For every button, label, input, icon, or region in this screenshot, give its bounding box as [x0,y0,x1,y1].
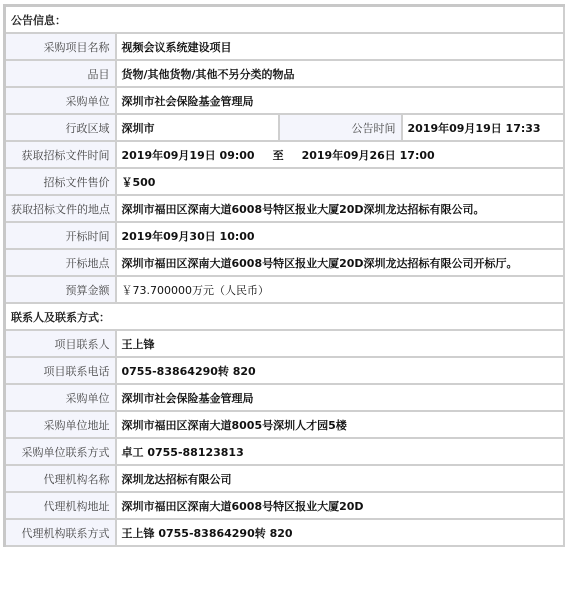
table-row: 代理机构地址 深圳市福田区深南大道6008号特区报业大厦20D [5,492,564,519]
label-doc-obtain-time: 获取招标文件时间 [5,141,116,168]
label-purchaser: 采购单位 [5,87,116,114]
table-row: 开标地点 深圳市福田区深南大道6008号特区报业大厦20D深圳龙达招标有限公司开… [5,249,564,276]
value-purchaser-address: 深圳市福田区深南大道8005号深圳人才园5楼 [116,411,564,438]
table-row: 采购项目名称 视频会议系统建设项目 [5,33,564,60]
section-row-contact: 联系人及联系方式： [5,303,564,330]
label-region: 行政区域 [5,114,116,141]
label-bid-open-time: 开标时间 [5,222,116,249]
table-row: 采购单位联系方式 卓工 0755-88123813 [5,438,564,465]
section-row-announcement: 公告信息： [5,6,564,34]
label-purchaser-contact: 采购单位联系方式 [5,438,116,465]
doc-obtain-start: 2019年09月19日 09:00 [122,149,255,162]
label-agency-name: 代理机构名称 [5,465,116,492]
label-project-name: 采购项目名称 [5,33,116,60]
table-row: 项目联系人 王上锋 [5,330,564,357]
value-region: 深圳市 [116,114,279,141]
doc-obtain-end: 2019年09月26日 17:00 [302,149,435,162]
label-bid-open-place: 开标地点 [5,249,116,276]
value-doc-price: ￥500 [116,168,564,195]
value-bid-open-place: 深圳市福田区深南大道6008号特区报业大厦20D深圳龙达招标有限公司开标厅。 [116,249,564,276]
table-row: 行政区域 深圳市 公告时间 2019年09月19日 17:33 [5,114,564,141]
label-agency-contact: 代理机构联系方式 [5,519,116,546]
label-purchaser-address: 采购单位地址 [5,411,116,438]
label-agency-address: 代理机构地址 [5,492,116,519]
label-budget: 预算金额 [5,276,116,303]
value-contact-purchaser: 深圳市社会保险基金管理局 [116,384,564,411]
table-row: 采购单位地址 深圳市福田区深南大道8005号深圳人才园5楼 [5,411,564,438]
table-row: 采购单位 深圳市社会保险基金管理局 [5,87,564,114]
table-row: 获取招标文件时间 2019年09月19日 09:00至2019年09月26日 1… [5,141,564,168]
label-doc-price: 招标文件售价 [5,168,116,195]
label-contact-purchaser: 采购单位 [5,384,116,411]
table-row: 品目 货物/其他货物/其他不另分类的物品 [5,60,564,87]
table-row: 预算金额 ￥73.700000万元（人民币） [5,276,564,303]
table-row: 采购单位 深圳市社会保险基金管理局 [5,384,564,411]
table-row: 代理机构名称 深圳龙达招标有限公司 [5,465,564,492]
section-title-announcement: 公告信息： [5,6,564,34]
value-doc-obtain-place: 深圳市福田区深南大道6008号特区报业大厦20D深圳龙达招标有限公司。 [116,195,564,222]
value-bid-open-time: 2019年09月30日 10:00 [116,222,564,249]
table-row: 项目联系电话 0755-83864290转 820 [5,357,564,384]
value-category: 货物/其他货物/其他不另分类的物品 [116,60,564,87]
table-row: 代理机构联系方式 王上锋 0755-83864290转 820 [5,519,564,546]
value-agency-contact: 王上锋 0755-83864290转 820 [116,519,564,546]
announcement-table: 公告信息： 采购项目名称 视频会议系统建设项目 品目 货物/其他货物/其他不另分… [3,4,565,547]
label-doc-obtain-place: 获取招标文件的地点 [5,195,116,222]
value-agency-address: 深圳市福田区深南大道6008号特区报业大厦20D [116,492,564,519]
announcement-container: 公告信息： 采购项目名称 视频会议系统建设项目 品目 货物/其他货物/其他不另分… [3,4,562,547]
doc-obtain-to: 至 [273,149,284,162]
value-doc-obtain-time: 2019年09月19日 09:00至2019年09月26日 17:00 [116,141,564,168]
value-purchaser-contact: 卓工 0755-88123813 [116,438,564,465]
value-purchaser: 深圳市社会保险基金管理局 [116,87,564,114]
table-row: 开标时间 2019年09月30日 10:00 [5,222,564,249]
table-row: 招标文件售价 ￥500 [5,168,564,195]
value-project-phone: 0755-83864290转 820 [116,357,564,384]
value-agency-name: 深圳龙达招标有限公司 [116,465,564,492]
label-project-phone: 项目联系电话 [5,357,116,384]
label-category: 品目 [5,60,116,87]
section-title-contact: 联系人及联系方式： [5,303,564,330]
value-project-name: 视频会议系统建设项目 [116,33,564,60]
label-publish-time: 公告时间 [279,114,402,141]
value-budget: ￥73.700000万元（人民币） [116,276,564,303]
value-project-contact: 王上锋 [116,330,564,357]
value-publish-time: 2019年09月19日 17:33 [402,114,564,141]
label-project-contact: 项目联系人 [5,330,116,357]
table-row: 获取招标文件的地点 深圳市福田区深南大道6008号特区报业大厦20D深圳龙达招标… [5,195,564,222]
